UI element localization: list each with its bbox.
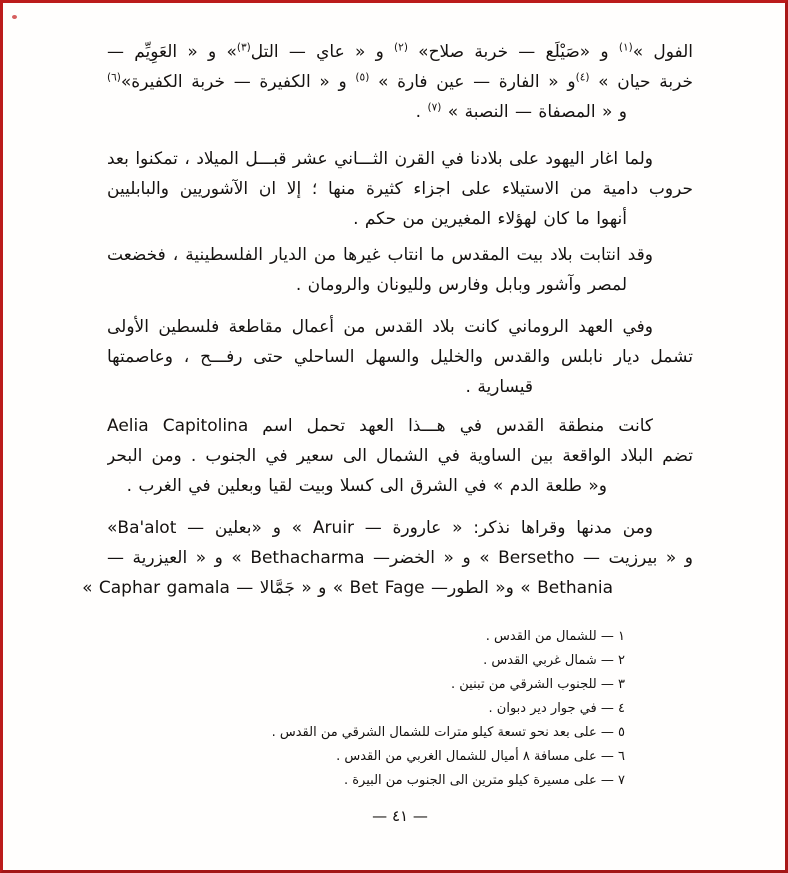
text-line: و « المصفاة — النصبة » (٧) . (107, 97, 693, 127)
scan-artifact-dot (12, 15, 17, 19)
text-line: حروب دامية من الاستيلاء على اجزاء كثيرة … (107, 174, 693, 204)
text-line: وفي العهد الروماني كانت بلاد القدس من أع… (107, 312, 693, 342)
paragraph-jewish-invasion: ولما اغار اليهود على بلادنا في القرن الث… (107, 144, 693, 234)
footnote-line: ٢ — شمال غربي القدس . (107, 649, 625, 673)
paragraph-place-names: الفول »(١) و «صَيْلَع — خربة صلاح» (٢) و… (107, 37, 693, 127)
text-line: و « بيرزيت — Bersetho » و « الخضر— Betha… (107, 543, 693, 573)
page-content: الفول »(١) و «صَيْلَع — خربة صلاح» (٢) و… (3, 3, 785, 870)
text-line: خربة حيان » (٤)و « الفارة — عين فارة » (… (107, 67, 693, 97)
footnote-line: ٧ — على مسيرة كيلو مترين الى الجنوب من ا… (107, 769, 625, 793)
text-line: الفول »(١) و «صَيْلَع — خربة صلاح» (٢) و… (107, 37, 693, 67)
text-line: وقد انتابت بلاد بيت المقدس ما انتاب غيره… (107, 240, 693, 270)
footnote-line: ٣ — للجنوب الشرقي من تبنين . (107, 673, 625, 697)
text-line: Bethania » و« الطور— Bet Fage » و « جَمَ… (107, 573, 693, 603)
text-line: ومن مدنها وقراها نذكر: « عارورة — Aruir … (107, 513, 693, 543)
footnotes-block: ١ — للشمال من القدس . ٢ — شمال غربي القد… (107, 625, 693, 793)
paragraph-roman-era: وفي العهد الروماني كانت بلاد القدس من أع… (107, 312, 693, 402)
text-line: كانت منطقة القدس في هـــذا العهد تحمل اس… (107, 411, 693, 441)
text-line: تشمل ديار نابلس والقدس والخليل والسهل ال… (107, 342, 693, 372)
footnote-line: ٤ — في جوار دير دبوان . (107, 697, 625, 721)
paragraph-towns-and-villages: ومن مدنها وقراها نذكر: « عارورة — Aruir … (107, 513, 693, 603)
text-line: ولما اغار اليهود على بلادنا في القرن الث… (107, 144, 693, 174)
text-line: و« طلعة الدم » في الشرق الى كسلا وبيت لق… (107, 471, 693, 501)
footnote-line: ٦ — على مسافة ٨ أميال للشمال الغربي من ا… (107, 745, 625, 769)
footnote-line: ١ — للشمال من القدس . (107, 625, 625, 649)
page-number: — ٤١ — (107, 807, 693, 825)
paragraph-empires: وقد انتابت بلاد بيت المقدس ما انتاب غيره… (107, 240, 693, 300)
text-line: أنهوا ما كان لهؤلاء المغيرين من حكم . (107, 204, 693, 234)
footnote-line: ٥ — على بعد نحو تسعة كيلو مترات للشمال ا… (107, 721, 625, 745)
scanned-book-page: الفول »(١) و «صَيْلَع — خربة صلاح» (٢) و… (0, 0, 788, 873)
paragraph-aelia-capitolina: كانت منطقة القدس في هـــذا العهد تحمل اس… (107, 411, 693, 501)
text-line: لمصر وآشور وبابل وفارس ولليونان والرومان… (107, 270, 693, 300)
text-line: تضم البلاد الواقعة بين الساوية في الشمال… (107, 441, 693, 471)
text-line: قيسارية . (107, 372, 693, 402)
